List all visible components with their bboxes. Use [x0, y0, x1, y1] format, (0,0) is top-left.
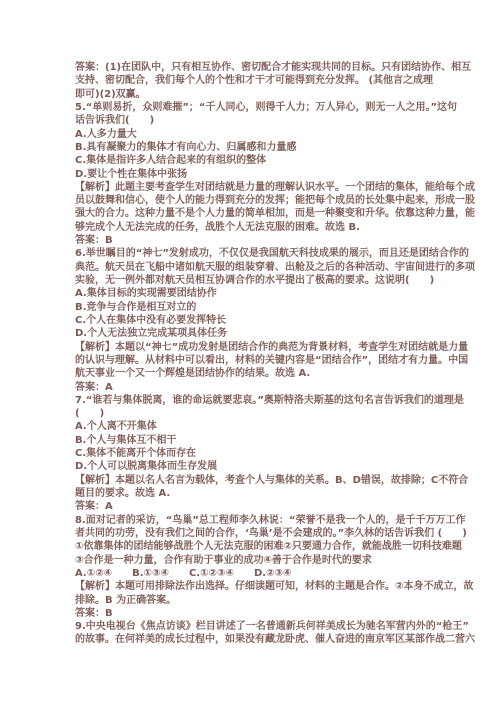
document-line: A.人多力量大	[75, 128, 437, 141]
document-line: 7.“谁若与集体脱离，谁的命运就要悲哀。”奥斯特洛夫斯基的这句名言告诉我们的道理…	[75, 394, 437, 407]
document-line: D.个人可以脱离集体而生存发展	[75, 460, 437, 473]
document-line: C.个人在集体中没有必要发挥特长	[75, 314, 437, 327]
document-line: 航天事业一个又一个辉煌是团结协作的结果。故选 A.	[75, 367, 437, 380]
document-line: 答案：A	[75, 500, 437, 513]
document-line: 支持、密切配合，我们每个人的个性和才干才可能得到充分发挥。 (其他言之成理	[75, 74, 437, 87]
exam-text-block: 答案：(1)在团队中，只有相互协作、密切配合才能实现共同的目标。只有团结协作、相…	[75, 61, 437, 647]
document-line: 强大的合力。这种力量不是个人力量的简单相加，而是一种聚变和升华。依靠这种力量，能	[75, 207, 437, 220]
document-line: 答案：A	[75, 381, 437, 394]
document-line: 【解析】本题可用排除法作出选择。仔细读题可知，材料的主题是合作。②本身不成立，故	[75, 580, 437, 593]
document-line: 答案：B	[75, 607, 437, 620]
document-line: 排除。B 为正确答案。	[75, 594, 437, 607]
document-line: 【解析】本题以名人名言为载体，考查个人与集体的关系。B、D错误，故排除；C不符合	[75, 474, 437, 487]
document-line: ③合作是一种力量，合作有助于事业的成功④善于合作是时代的要求	[75, 554, 437, 567]
document-line: A.集体目标的实现需要团结协作	[75, 287, 437, 300]
document-line: B.个人与集体互不相干	[75, 434, 437, 447]
document-line: 员以鼓舞和信心，使个人的能力得到充分的发挥；能把每个成员的长处集中起来，形成一股	[75, 194, 437, 207]
document-line: B.具有凝聚力的集体才有向心力、归属感和力量感	[75, 141, 437, 154]
document-line: ①依靠集体的团结能够战胜个人无法克服的困难②只要通力合作，就能战胜一切科技难题	[75, 540, 437, 553]
document-line: 典范。航天员在飞船中诸如航天服的组装穿着、出舱及之后的各种活动、宇宙间进行的多项	[75, 261, 437, 274]
document-line: C.集体不能离开个体而存在	[75, 447, 437, 460]
document-line: 即可)(2)双赢。	[75, 88, 437, 101]
document-line: D.要让个性在集体中张扬	[75, 168, 437, 181]
document-line: 的认识与理解。从材料中可以看出，材料的关键内容是“团结合作”，团结才有力量。中国	[75, 354, 437, 367]
document-line: A.个人离不开集体	[75, 420, 437, 433]
document-line: 实验，无一例外都对航天员相互协调合作的水平提出了极高的要求。这说明( )	[75, 274, 437, 287]
document-line: D.个人无法独立完成某项具体任务	[75, 327, 437, 340]
document-line: 的故事。在何祥美的成长过程中，如果没有藏龙卧虎、催人奋进的南京军区某部作战二营六	[75, 633, 437, 646]
document-line: A.①②④ B.①③④ C.①②③④ D.②③④	[75, 567, 437, 580]
document-line: 8.面对记者的采访，“鸟巢”总工程师李久林说：“荣誉不是我一个人的，是千千万万工…	[75, 514, 437, 527]
document-line: 9.中央电视台《焦点访谈》栏目讲述了一名普通新兵何祥美成长为驰名军营内外的“枪王…	[75, 620, 437, 633]
document-line: 6.举世瞩目的“神七”发射成功，不仅仅是我国航天科技成果的展示，而且还是团结合作…	[75, 247, 437, 260]
document-line: 【解析】本题以“神七”成功发射是团结合作的典范为背景材料，考查学生对团结就是力量	[75, 341, 437, 354]
document-line: 者共同的功劳，没有我们之间的合作，‘鸟巢’是不会建成的。”李久林的话告诉我们 (…	[75, 527, 437, 540]
document-page: 答案：(1)在团队中，只有相互协作、密切配合才能实现共同的目标。只有团结协作、相…	[0, 0, 500, 707]
document-line: 题目的要求。故选 A.	[75, 487, 437, 500]
document-line: ( )	[75, 407, 437, 420]
document-line: 话告诉我们( )	[75, 114, 437, 127]
document-line: B.竞争与合作是相互对立的	[75, 301, 437, 314]
document-line: 5.“单则易折，众则难摧”；“千人同心，则得千人力；万人异心，则无一人之用。”这…	[75, 101, 437, 114]
document-line: 【解析】此题主要考查学生对团结就是力量的理解认识水平。一个团结的集体，能给每个成	[75, 181, 437, 194]
document-line: 答案：(1)在团队中，只有相互协作、密切配合才能实现共同的目标。只有团结协作、相…	[75, 61, 437, 74]
document-line: 够完成个人无法完成的任务，战胜个人无法克服的困难。故选 B.	[75, 221, 437, 234]
document-line: 答案：B	[75, 234, 437, 247]
document-line: C.集体是指许多人结合起来的有组织的整体	[75, 154, 437, 167]
